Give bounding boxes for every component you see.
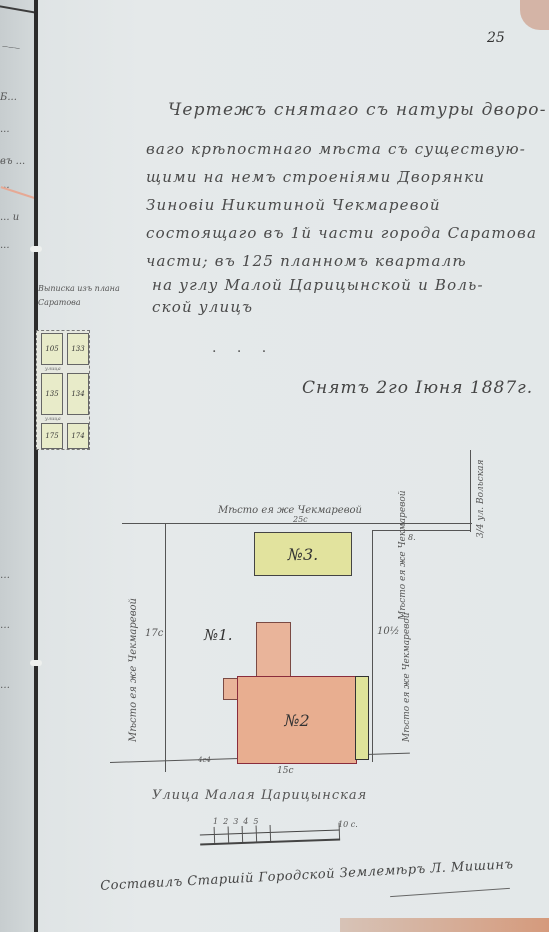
bottom-left-dimension: 4с4 — [198, 756, 211, 764]
top-neighbor-label: Мѣсто ея же Чекмаревой — [218, 505, 362, 516]
left-page-fragment: ... — [0, 124, 10, 135]
plot-right-boundary — [372, 530, 373, 762]
scale-label: 2 — [223, 817, 233, 826]
left-neighbor-label: Мѣсто ея же Чекмаревой — [128, 598, 139, 742]
caption-line: Выписка изъ плана — [38, 282, 120, 296]
map-street: улица — [45, 416, 61, 422]
map-block: 133 — [67, 333, 89, 365]
ellipsis-marks: . . . — [212, 340, 274, 356]
map-block-target: 135 — [41, 373, 63, 415]
scale-tick-labels: 12345 — [213, 817, 263, 826]
heading-line: на углу Малой Царицынской и Воль- — [152, 276, 484, 294]
right-dimension: 10½ — [377, 626, 399, 637]
scale-label: 3 — [233, 817, 243, 826]
top-dimension: 25с — [293, 515, 308, 524]
bottom-dimension: 15с — [277, 766, 294, 776]
plot-left-boundary — [165, 524, 166, 772]
scale-label: 4 — [243, 817, 253, 826]
street-corner-line — [470, 450, 471, 532]
heading-line: ваго крѣпостнаго мѣста съ существую- — [146, 140, 526, 158]
heading-line: ской улицъ — [152, 298, 253, 316]
scale-label: 1 — [213, 817, 223, 826]
building-1-annex — [256, 622, 291, 680]
right-top-dimension: 8. — [408, 533, 416, 542]
scale-label: 5 — [253, 817, 263, 826]
map-block: 134 — [67, 373, 89, 415]
building-2-label: №2 — [284, 711, 309, 730]
street-label: Улица Малая Царицынская — [152, 788, 367, 803]
map-street: улица — [45, 366, 61, 372]
wooden-shed — [355, 676, 369, 760]
survey-date: Снятъ 2го Іюня 1887г. — [302, 378, 533, 398]
binding-thread — [30, 246, 42, 252]
left-page-fragment: … — [0, 570, 10, 581]
left-page-fragment: … — [0, 680, 10, 691]
caption-line: Саратова — [38, 296, 120, 310]
building-3: №3. — [254, 532, 352, 576]
right-upper-neighbor-label: Мѣсто ея же Чекмаревой — [398, 490, 408, 620]
location-map-caption: Выписка изъ плана Саратова — [38, 282, 120, 310]
location-map: 105 133 улица 135 134 улица 175 174 — [36, 330, 90, 450]
volskaya-street-label: 3/4 ул. Вольская — [476, 460, 486, 538]
map-block: 174 — [67, 423, 89, 449]
scale-end-label: 10 с. — [338, 820, 358, 829]
page-bottom-edge — [340, 918, 549, 932]
building-1-label: №1. — [204, 626, 233, 644]
plot-right-top-boundary — [372, 530, 470, 531]
left-page-fragment: въ ... — [0, 156, 25, 167]
heading-line: щими на немъ строеніями Дворянки — [146, 168, 485, 186]
page-number: 25 — [487, 30, 505, 46]
heading-line: состоящаго въ 1й части города Саратова — [146, 224, 537, 242]
map-block: 175 — [41, 423, 63, 449]
document-scan: ——— Б... ... въ ... ... ... и ... … … … … — [0, 0, 549, 932]
left-page-fragment: Б... — [0, 92, 17, 103]
left-dimension: 17с — [145, 628, 163, 639]
left-page-fragment: ... — [0, 240, 10, 251]
heading-line: Зиновіи Никитиной Чекмаревой — [146, 196, 441, 214]
building-2: №2 — [237, 676, 357, 764]
left-page-fragment: ... и — [0, 212, 19, 223]
left-page-fragment: … — [0, 620, 10, 631]
heading-line: Чертежъ снятаго съ натуры дворо- — [168, 100, 547, 120]
binding-thread — [30, 660, 42, 666]
right-lower-neighbor-label: Мѣсто ея же Чекмаревой — [402, 612, 412, 742]
book-spine — [34, 0, 38, 932]
building-3-label: №3. — [288, 545, 318, 564]
map-block: 105 — [41, 333, 63, 365]
heading-line: части; въ 125 планномъ кварталѣ — [146, 252, 467, 270]
